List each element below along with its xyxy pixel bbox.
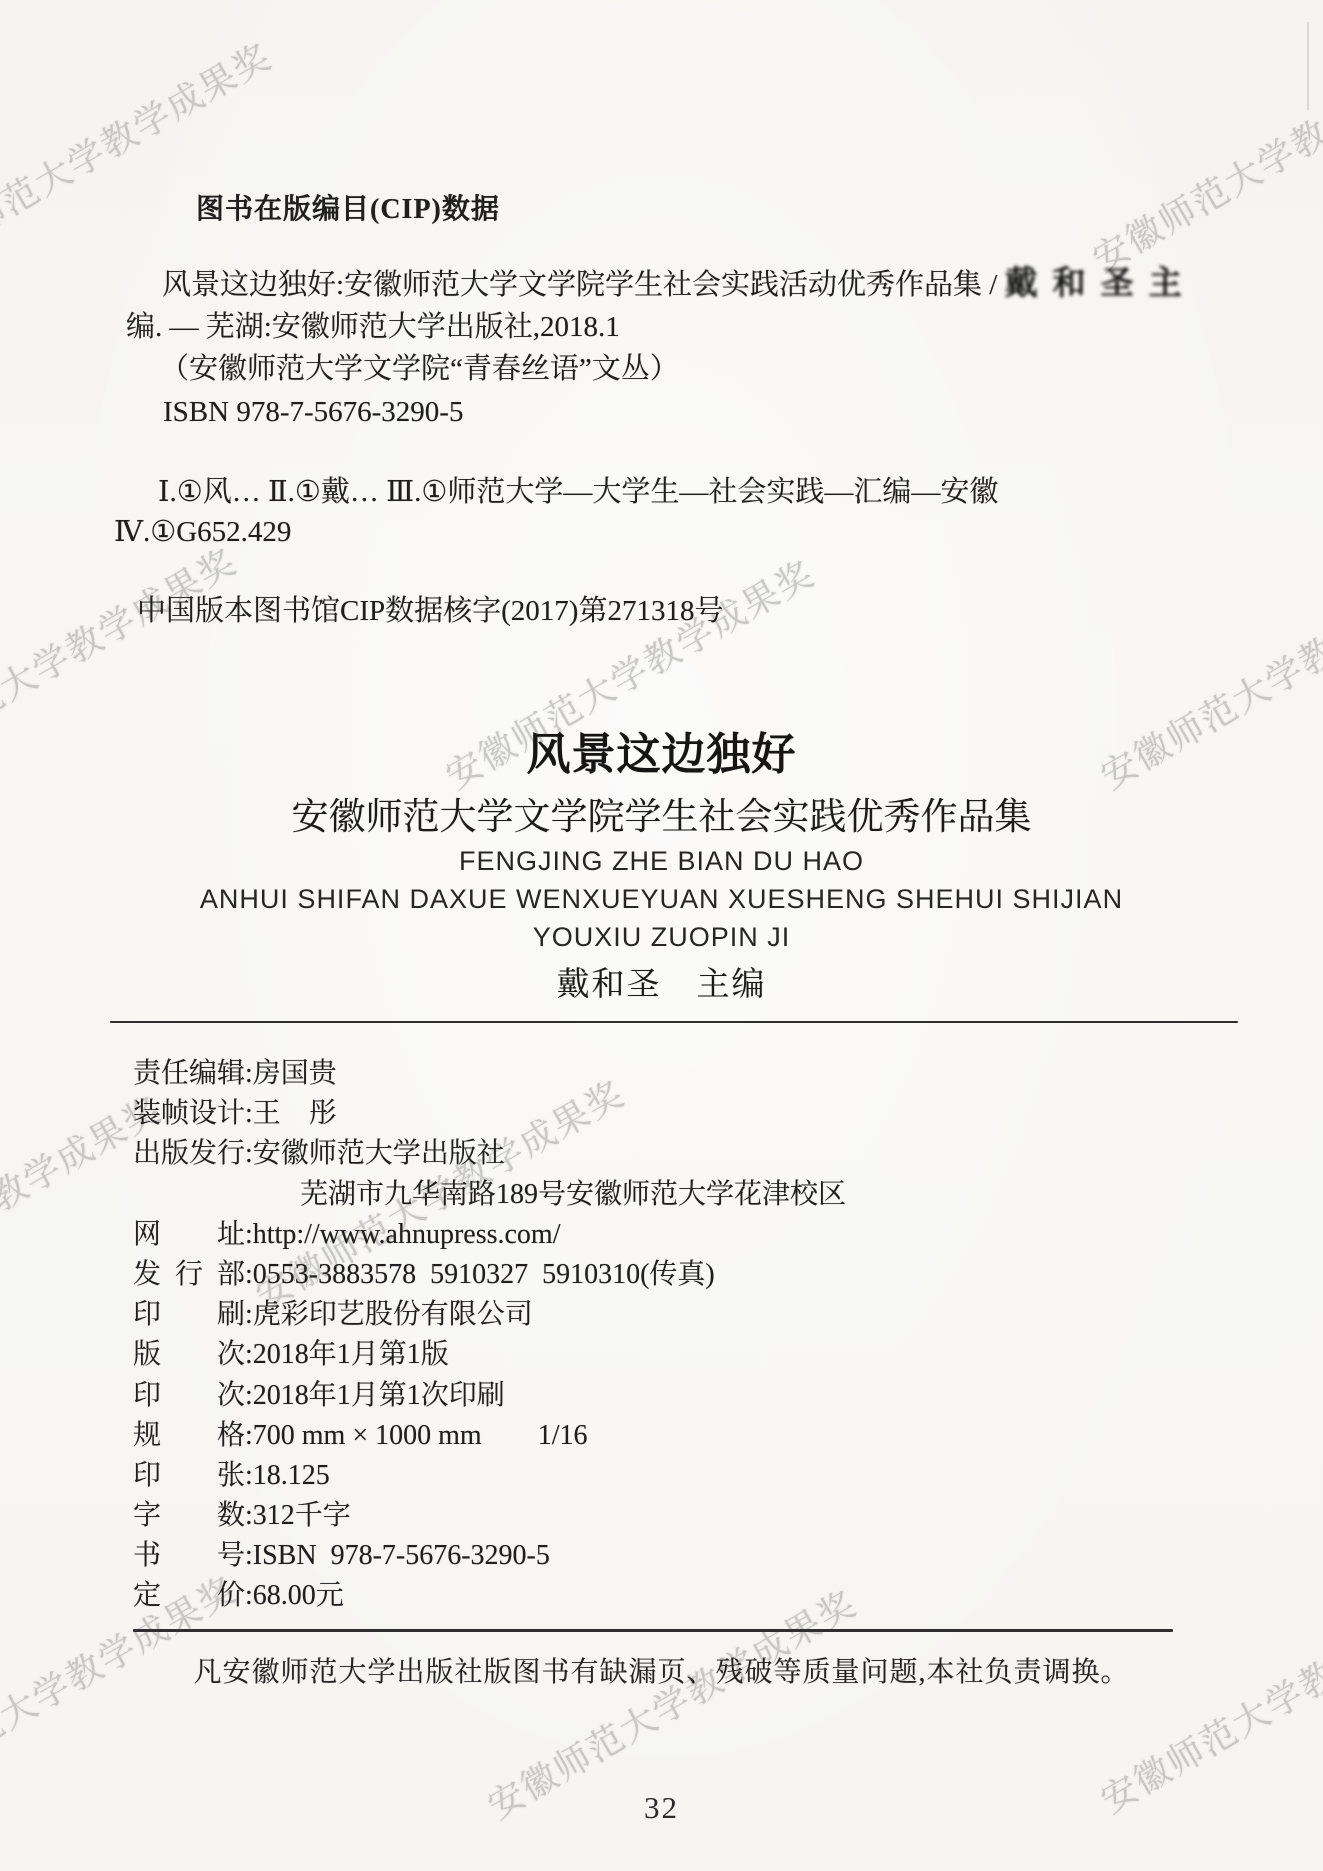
colophon-row: 定价:68.00元 <box>133 1579 1183 1619</box>
book-title: 风景这边独好 <box>0 718 1323 782</box>
colophon-colon: : <box>245 1097 253 1131</box>
colophon-label: 版次 <box>133 1338 245 1372</box>
colophon-value: 0553-3883578 5910327 5910310(传真) <box>253 1258 715 1292</box>
colophon-value: 虎彩印艺股份有限公司 <box>253 1298 533 1332</box>
cip-classification-line2: Ⅳ.①G652.429 <box>114 518 291 547</box>
colophon-row: 网址:http://www.ahnupress.com/ <box>133 1218 1183 1258</box>
colophon-value: 2018年1月第1次印刷 <box>253 1379 505 1413</box>
cip-entry-line1-text: 风景这边独好:安徽师范大学文学院学生社会实践活动优秀作品集 / <box>162 269 1005 301</box>
watermark-text: 安徽师范大学教学成果奖 <box>0 29 280 282</box>
divider-rule-bottom <box>133 1629 1173 1632</box>
colophon-label: 印张 <box>133 1459 245 1493</box>
colophon-block: 责任编辑:房国贵装帧设计:王 彤出版发行:安徽师范大学出版社:芜湖市九华南路18… <box>133 1057 1183 1620</box>
colophon-value: 安徽师范大学出版社 <box>253 1137 505 1171</box>
colophon-row: 印次:2018年1月第1次印刷 <box>133 1379 1183 1419</box>
colophon-colon: : <box>245 1338 253 1372</box>
colophon-value: 68.00元 <box>253 1579 344 1613</box>
colophon-value: 18.125 <box>253 1459 330 1493</box>
colophon-row: 印张:18.125 <box>133 1459 1183 1499</box>
cip-header: 图书在版编目(CIP)数据 <box>196 196 500 224</box>
pinyin-subtitle-line1: ANHUI SHIFAN DAXUE WENXUEYUAN XUESHENG S… <box>0 884 1323 915</box>
editor-line: 戴和圣 主编 <box>0 958 1323 1005</box>
colophon-row: 装帧设计:王 彤 <box>133 1097 1183 1137</box>
colophon-label: 装帧设计 <box>133 1097 245 1131</box>
colophon-label: 规格 <box>133 1419 245 1453</box>
scanned-book-copyright-page: 安徽师范大学教学成果奖安徽师范大学教学成果奖安徽师范大学教学成果奖安徽师范大学教… <box>0 0 1323 1871</box>
colophon-row: 印刷:虎彩印艺股份有限公司 <box>133 1298 1183 1338</box>
colophon-label: 印刷 <box>133 1298 245 1332</box>
divider-rule-top <box>110 1021 1238 1023</box>
book-subtitle: 安徽师范大学文学院学生社会实践优秀作品集 <box>0 786 1323 840</box>
scan-edge-artifact <box>1307 22 1309 110</box>
cip-series-note: （安徽师范大学文学院“青春丝语”文丛） <box>160 355 679 384</box>
colophon-value: 700 mm × 1000 mm 1/16 <box>253 1419 588 1453</box>
colophon-row: 规格:700 mm × 1000 mm 1/16 <box>133 1419 1183 1459</box>
colophon-label: 书号 <box>133 1539 245 1573</box>
cip-entry-line2: 编. — 芜湖:安徽师范大学出版社,2018.1 <box>126 313 620 342</box>
colophon-row: :芜湖市九华南路189号安徽师范大学花津校区 <box>133 1178 1183 1218</box>
colophon-colon: : <box>245 1137 253 1171</box>
colophon-label: 印次 <box>133 1379 245 1413</box>
cip-classification-line1: Ⅰ.①风… Ⅱ.①戴… Ⅲ.①师范大学—大学生—社会实践—汇编—安徽 <box>158 478 998 507</box>
colophon-value: 王 彤 <box>253 1097 337 1131</box>
colophon-colon: : <box>245 1579 253 1613</box>
colophon-colon: : <box>245 1419 253 1453</box>
colophon-colon: : <box>245 1539 253 1573</box>
colophon-value: 2018年1月第1版 <box>253 1338 449 1372</box>
colophon-colon: : <box>245 1218 253 1252</box>
colophon-colon: : <box>245 1379 253 1413</box>
colophon-row: 书号:ISBN 978-7-5676-3290-5 <box>133 1539 1183 1579</box>
colophon-row: 发行部:0553-3883578 5910327 5910310(传真) <box>133 1258 1183 1298</box>
cip-isbn-line: ISBN 978-7-5676-3290-5 <box>163 398 463 427</box>
colophon-value: 312千字 <box>253 1499 351 1533</box>
quality-replacement-note: 凡安徽师范大学出版社版图书有缺漏页、残破等质量问题,本社负责调换。 <box>0 1650 1323 1690</box>
colophon-row: 出版发行:安徽师范大学出版社 <box>133 1137 1183 1177</box>
colophon-value: http://www.ahnupress.com/ <box>253 1218 561 1252</box>
colophon-colon: : <box>245 1459 253 1493</box>
cip-entry-author-smudged: 戴和圣主 <box>1005 266 1197 302</box>
colophon-label: 发行部 <box>133 1258 245 1292</box>
colophon-value: 芜湖市九华南路189号安徽师范大学花津校区 <box>300 1178 846 1212</box>
page-number: 32 <box>0 1790 1323 1826</box>
colophon-label: 字数 <box>133 1499 245 1533</box>
colophon-label: 定价 <box>133 1579 245 1613</box>
colophon-colon: : <box>245 1258 253 1292</box>
cip-record-line: 中国版本图书馆CIP数据核字(2017)第271318号 <box>137 597 723 626</box>
colophon-colon: : <box>245 1298 253 1332</box>
pinyin-title-line: FENGJING ZHE BIAN DU HAO <box>0 846 1323 877</box>
colophon-label: 责任编辑 <box>133 1057 245 1091</box>
colophon-colon: : <box>245 1499 253 1533</box>
watermark-text: 安徽师范大学教学成果奖 <box>1082 29 1323 282</box>
colophon-value: ISBN 978-7-5676-3290-5 <box>253 1539 550 1573</box>
colophon-colon: : <box>245 1057 253 1091</box>
colophon-row: 版次:2018年1月第1版 <box>133 1338 1183 1378</box>
colophon-row: 责任编辑:房国贵 <box>133 1057 1183 1097</box>
colophon-value: 房国贵 <box>253 1057 337 1091</box>
colophon-label: 出版发行 <box>133 1137 245 1171</box>
colophon-label: 网址 <box>133 1218 245 1252</box>
pinyin-subtitle-line2: YOUXIU ZUOPIN JI <box>0 922 1323 953</box>
colophon-row: 字数:312千字 <box>133 1499 1183 1539</box>
cip-entry-line1: 风景这边独好:安徽师范大学文学院学生社会实践活动优秀作品集 / 戴和圣主 <box>162 268 1197 301</box>
